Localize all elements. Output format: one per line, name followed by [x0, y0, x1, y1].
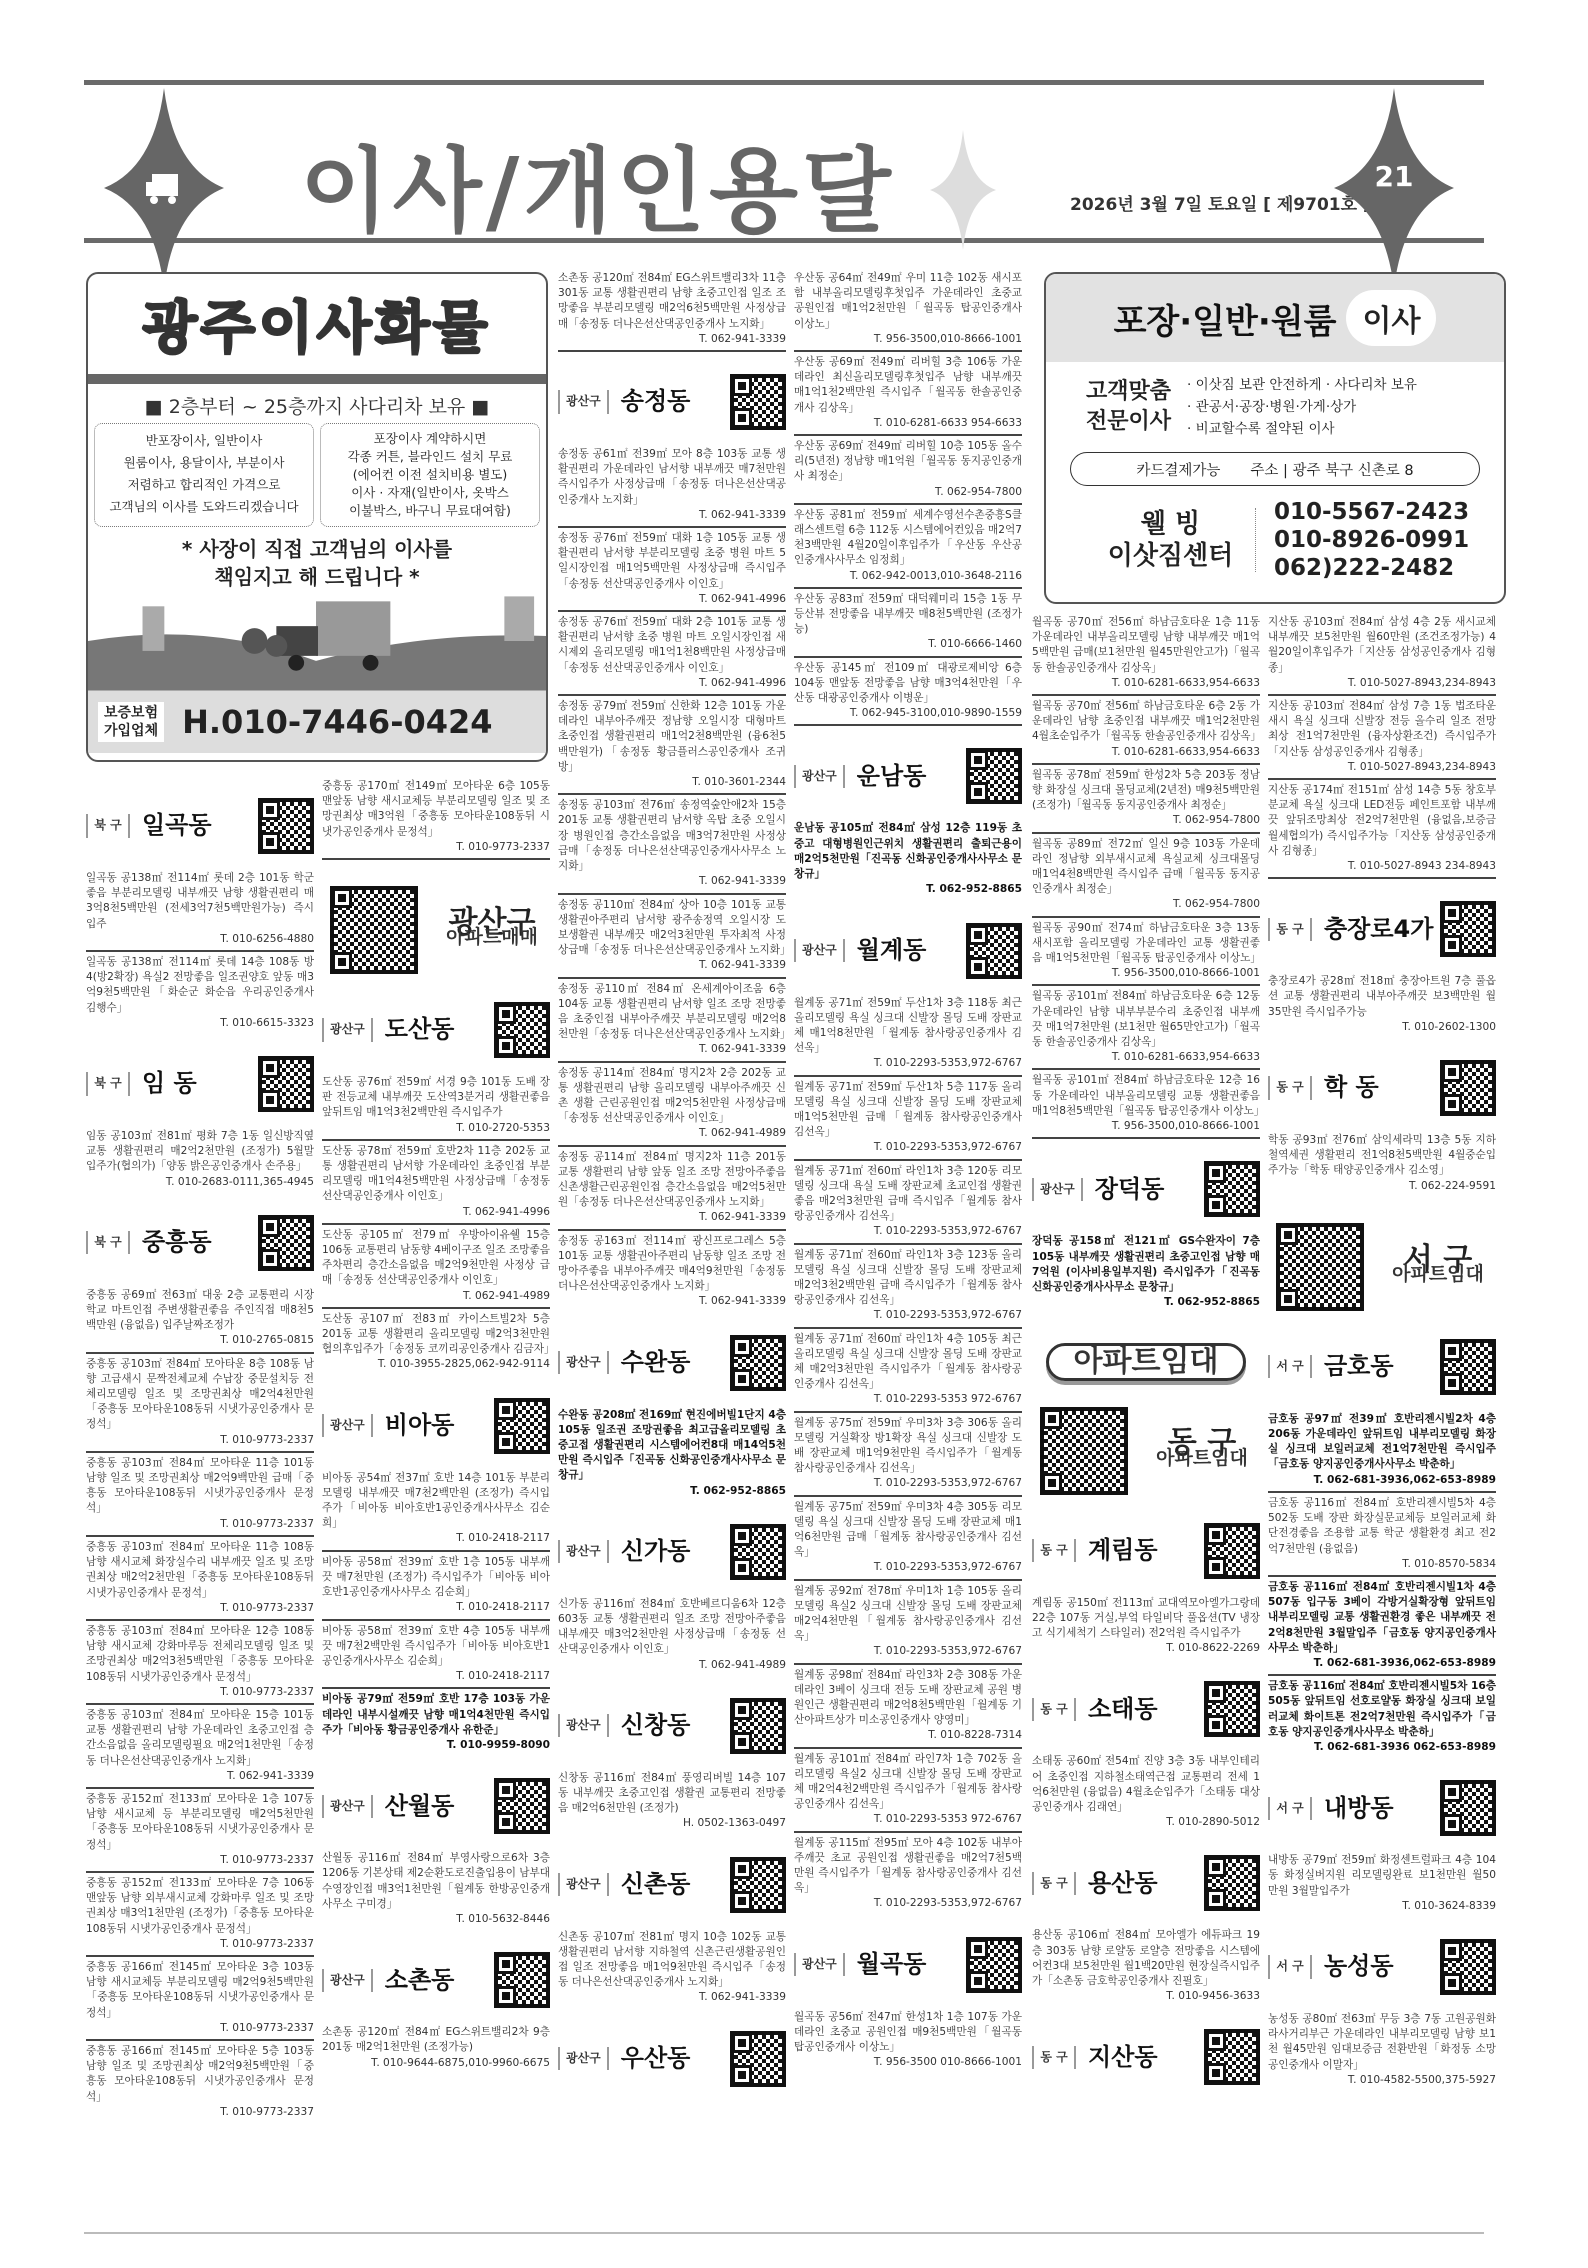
listing-text: 중흥동 공166㎡ 전145㎡ 모아타운 5층 103동 남향 일조 및 조망권…	[86, 2045, 314, 2103]
listing-text: 일곡동 공138㎡ 전114㎡ 롯데 2층 101동 학군좋음 부분리모델링 내…	[86, 872, 314, 930]
neighborhood-name: 소촌동	[385, 1973, 494, 1988]
listing-phone[interactable]: T. 010-6281-6633 954-6633	[794, 416, 1022, 431]
listing-text: 중흥동 공152㎡ 전133㎡ 모아타운 1층 107동 남향 새시교체 등 부…	[86, 1793, 314, 1851]
listing-phone[interactable]: T. 010-2720-5353	[322, 1121, 550, 1136]
listing-phone[interactable]: T. 062-941-4996	[558, 676, 786, 691]
listing-phone[interactable]: T. 010-9773-2337	[86, 1517, 314, 1532]
column-2: 중흥동 공170㎡ 전149㎡ 모아타운 6층 105동 맨앞동 남향 새시교체…	[322, 776, 550, 2074]
listing-phone[interactable]: T. 062-954-7800	[1032, 897, 1260, 912]
listing-phone[interactable]: T. 010-2293-5353,972-6767	[794, 1476, 1022, 1491]
listing-phone[interactable]: T. 010-9773-2337	[86, 1685, 314, 1700]
listing-text: 계림동 공150㎡ 전113㎡ 교대역모아엘가그랑데 22층 107동 거실,부…	[1032, 1597, 1260, 1639]
listing-text: 월계동 공71㎡ 전59㎡ 두산1차 5층 117동 올리모델링 욕실 싱크대 …	[794, 1081, 1022, 1139]
listing-phone[interactable]: T. 010-2293-5353,972-6767	[794, 1140, 1022, 1155]
neighborhood-name: 농성동	[1324, 1959, 1440, 1974]
category-type: 아파트임대	[1144, 1451, 1260, 1466]
qr-code-icon[interactable]	[966, 1937, 1022, 1993]
qr-code-icon[interactable]	[730, 1857, 786, 1913]
listing-text: 우산동 공83㎡ 전59㎡ 대덕웨미리 15층 1동 무등산뷰 전망좋음 내부깨…	[794, 593, 1022, 635]
listing-phone[interactable]: T. 062-941-3339	[558, 1210, 786, 1225]
qr-code-icon[interactable]	[494, 1952, 550, 2008]
listing-entry: 우산동 공69㎡ 전49㎡ 리버힐 10층 105동 올수리(5년전) 정남향 …	[794, 436, 1022, 505]
listing-entry: 송정동 공61㎡ 전39㎡ 모아 8층 103동 교통 생활권편리 가운데라인 …	[558, 444, 786, 528]
qr-code-icon[interactable]	[730, 1698, 786, 1754]
neighborhood-name: 신촌동	[621, 1877, 730, 1892]
ad1-left-box: 반포장이사, 일반이사원룸이사, 용달이사, 부분이사저렴하고 합리적인 가격으…	[94, 423, 314, 527]
listing-entry: 도산동 공107㎡ 전83㎡ 카이스트빌2차 5층 201동 교통 생활편리 올…	[322, 1309, 550, 1376]
listing-entry: 중흥동 공152㎡ 전133㎡ 모아타운 7층 106동 맨앞동 남향 외부새시…	[86, 1873, 314, 1957]
district-header: 북 구중흥동	[86, 1207, 314, 1279]
listing-text: 산월동 공116㎡ 전84㎡ 부영사랑으로6차 3층 1206동 기본상태 제2…	[322, 1852, 550, 1910]
listing-entry: 소태동 공60㎡ 전54㎡ 진양 3층 3동 내부인테리어 초중인접 지하철소태…	[1032, 1751, 1260, 1833]
qr-code-icon[interactable]	[258, 798, 314, 854]
listing-phone[interactable]: T. 010-2293-5353 972-6767	[794, 1392, 1022, 1407]
ad1-slogan: * 사장이 직접 고객님의 이사를책임지고 해 드립니다 *	[88, 535, 546, 591]
listing-text: 중흥동 공103㎡ 전84㎡ 모아타운 15층 101동 교통 생활권편리 남향…	[86, 1709, 314, 1767]
category-title: 동 구아파트임대	[1144, 1435, 1260, 1465]
district-section: 광산구월계동월계동 공71㎡ 전59㎡ 두산1차 3층 118동 최근 올리모델…	[794, 915, 1022, 1915]
listing-phone[interactable]: T. 010-2418-2117	[322, 1531, 550, 1546]
listing-phone[interactable]: T. 010-9773-2337	[322, 840, 550, 855]
neighborhood-name: 산월동	[385, 1799, 494, 1814]
district-section: 광산구우산동	[558, 2023, 786, 2095]
listing-phone[interactable]: T. 010-8622-2269	[1032, 1641, 1260, 1656]
listing-entry: 월곡동 공70㎡ 전56㎡ 하남금호타운 1층 11동 가운데라인 내부올리모델…	[1032, 612, 1260, 696]
listing-phone[interactable]: T. 062-941-3339	[558, 958, 786, 973]
neighborhood-name: 용산동	[1088, 1876, 1204, 1891]
listing-entry: 지산동 공103㎡ 전84㎡ 삼성 4층 2동 새시교체 내부깨끗 보5천만원 …	[1268, 612, 1496, 696]
listing-entry: 신촌동 공107㎡ 전81㎡ 명지 10층 102동 교통 생활권편리 남서향 …	[558, 1927, 786, 2009]
listing-text: 월곡동 공56㎡ 전47㎡ 한성1차 1층 107동 가운데라인 초중교 공원인…	[794, 2011, 1022, 2053]
listing-phone[interactable]: T. 062-681-3936 062-653-8989	[1268, 1740, 1496, 1755]
listing-phone[interactable]: T. 010-6615-3323	[86, 1016, 314, 1031]
ad1-phone[interactable]: H.010-7446-0424	[182, 703, 492, 741]
listing-entry: 도산동 공76㎡ 전59㎡ 서경 9층 101동 도배 장판 전등교체 내부깨끗…	[322, 1072, 550, 1141]
listing-entry: 송정동 공110㎡ 전84㎡ 상아 10층 101동 교통 생활권아주편리 남서…	[558, 895, 786, 979]
qr-code-icon[interactable]	[1276, 1223, 1364, 1311]
listing-entry: 월계동 공115㎡ 전95㎡ 모아 4층 102동 내부아주깨끗 초교 공원인접…	[794, 1833, 1022, 1915]
listing-phone[interactable]: H. 0502-1363-0497	[558, 1816, 786, 1831]
listing-entry: 중흥동 공103㎡ 전84㎡ 모아타운 8층 108동 남향 고급새시 문짝전체…	[86, 1354, 314, 1453]
listing-entry: 송정동 공114㎡ 전84㎡ 명지2차 2층 202동 교통 생활권편리 남향 …	[558, 1063, 786, 1147]
listing-phone[interactable]: T. 010-6281-6633,954-6633	[1032, 1050, 1260, 1065]
listing-entry: 중흥동 공170㎡ 전149㎡ 모아타운 6층 105동 맨앞동 남향 새시교체…	[322, 776, 550, 860]
listing-text: 금호동 공97㎡ 전39㎡ 호반리젠시빌2차 4층 206동 가운데라인 앞뒤트…	[1268, 1413, 1496, 1471]
listing-entry: 소촌동 공120㎡ 전84㎡ EG스위트밸리3차 11층 301동 교통 생활권…	[558, 268, 786, 352]
listing-phone[interactable]: T. 010-3955-2825,062-942-9114	[322, 1357, 550, 1372]
listing-phone[interactable]: T. 010-3601-2344	[558, 775, 786, 790]
listing-text: 월곡동 공90㎡ 전74㎡ 하남금호타운 3층 13동 새시포함 올리모델링 가…	[1032, 922, 1261, 964]
listing-text: 중흥동 공103㎡ 전84㎡ 모아타운 12층 108동 남향 새시교체 강화마…	[86, 1625, 314, 1683]
listing-text: 비아동 공58㎡ 전39㎡ 호반 1층 105동 내부깨끗 매7천만원 (조정가…	[322, 1556, 550, 1598]
listing-phone[interactable]: T. 010-9773-2337	[86, 1601, 314, 1616]
listing-text: 소촌동 공120㎡ 전84㎡ EG스위트밸리2차 9층 201동 매2억1천만원…	[322, 2026, 550, 2053]
qr-code-icon[interactable]	[1204, 1855, 1260, 1911]
district-badge: 동 구	[1032, 1698, 1076, 1721]
listing-phone[interactable]: T. 062-941-3339	[558, 874, 786, 889]
listing-phone[interactable]: T. 010-9773-2337	[86, 1433, 314, 1448]
qr-code-icon[interactable]	[1204, 1161, 1260, 1217]
listing-text: 임동 공103㎡ 전81㎡ 평화 7층 1동 일신방직옆 교통 생활권편리 매2…	[86, 1130, 314, 1172]
listing-entry: 일곡동 공138㎡ 전114㎡ 롯데 2층 101동 학군좋음 부분리모델링 내…	[86, 868, 314, 952]
qr-code-icon[interactable]	[730, 1335, 786, 1391]
district-header: 동 구용산동	[1032, 1847, 1260, 1919]
listing-entry: 중흥동 공103㎡ 전84㎡ 모아타운 11층 108동 남향 새시교체 화장실…	[86, 1537, 314, 1621]
district-header: 광산구장덕동	[1032, 1153, 1260, 1225]
listing-text: 중흥동 공69㎡ 전63㎡ 대웅 2층 교통편리 시장 학교 마트인접 주변생활…	[86, 1289, 314, 1331]
qr-code-icon[interactable]	[330, 886, 418, 974]
listing-entry: 월곡동 공78㎡ 전59㎡ 한성2차 5층 203동 정남향 화장실 싱크대 몰…	[1032, 765, 1260, 834]
page-number: 21	[1374, 160, 1414, 193]
listing-text: 월곡동 공89㎡ 전72㎡ 일신 9층 103동 가운데라인 정남향 외부새시교…	[1032, 838, 1260, 896]
listing-entry: 용산동 공106㎡ 전84㎡ 모아엘가 에듀파크 19층 303동 남향 로얄동…	[1032, 1925, 1260, 2007]
district-header: 서 구금호동	[1268, 1331, 1496, 1403]
qr-code-icon[interactable]	[1440, 901, 1496, 957]
qr-code-icon[interactable]	[1040, 1407, 1128, 1495]
listing-phone[interactable]: T. 062-941-3339	[86, 1769, 314, 1784]
listing-text: 송정동 공110㎡ 전84㎡ 상아 10층 101동 교통 생활권아주편리 남서…	[558, 899, 791, 957]
listing-text: 용산동 공106㎡ 전84㎡ 모아엘가 에듀파크 19층 303동 남향 로얄동…	[1032, 1929, 1260, 1987]
listing-phone[interactable]: T. 062-954-7800	[794, 485, 1022, 500]
listing-text: 수완동 공208㎡ 전169㎡ 현진에버빌1단지 4층 105동 일조권 조망권…	[558, 1409, 786, 1482]
listing-text: 송정동 공61㎡ 전39㎡ 모아 8층 103동 교통 생활권편리 가운데라인 …	[558, 448, 786, 506]
neighborhood-name: 금호동	[1324, 1359, 1440, 1374]
neighborhood-name: 비아동	[385, 1418, 494, 1433]
listing-entry: 월계동 공92㎡ 전78㎡ 우미1차 1층 105동 올리모델링 욕실2 싱크대…	[794, 1581, 1022, 1665]
listing-text: 송정동 공76㎡ 전59㎡ 대화 1층 105동 교통 생활권편리 남서향 부분…	[558, 532, 786, 590]
listing-text: 우산동 공81㎡ 전59㎡ 세계수영선수촌중흥S클래스센트럴 6층 112동 시…	[794, 509, 1022, 567]
listing-entry: 계림동 공150㎡ 전113㎡ 교대역모아엘가그랑데 22층 107동 거실,부…	[1032, 1593, 1260, 1660]
listing-phone[interactable]: T. 010-2293-5353,972-6767	[794, 1560, 1022, 1575]
listing-text: 장덕동 공158㎡ 전121㎡ GS수완자이 7층 105동 내부깨끗 생활권편…	[1032, 1235, 1260, 1293]
listing-text: 일곡동 공138㎡ 전114㎡ 롯데 14층 108동 방4(방2확장) 욕실2…	[86, 956, 314, 1014]
listing-phone[interactable]: T. 010-2293-5353,972-6767	[794, 1896, 1022, 1911]
listing-phone[interactable]: T. 062-681-3936,062-653-8989	[1268, 1656, 1496, 1671]
listing-phone[interactable]: T. 010-2293-5353,972-6767	[794, 1224, 1022, 1239]
ad2-address-pill: 카드결제가능주소 | 광주 북구 신촌로 8	[1070, 452, 1480, 486]
listing-entry: 월계동 공71㎡ 전60㎡ 라인1차 4층 105동 최근 올리모델링 욕실 싱…	[794, 1329, 1022, 1413]
listing-text: 월계동 공101㎡ 전84㎡ 라인7차 1층 702동 올리모델링 욕실2 싱크…	[794, 1753, 1022, 1811]
listing-phone[interactable]: T. 062-941-4989	[558, 1126, 786, 1141]
listing-phone[interactable]: T. 062-681-3936,062-653-8989	[1268, 1473, 1496, 1488]
qr-code-icon[interactable]	[730, 374, 786, 430]
listing-phone[interactable]: T. 062-941-3339	[558, 1042, 786, 1057]
listing-entry: 월곡동 공90㎡ 전74㎡ 하남금호타운 3층 13동 새시포함 올리모델링 가…	[1032, 918, 1260, 987]
listing-phone[interactable]: T. 062-941-4996	[558, 592, 786, 607]
listing-phone[interactable]: T. 062-952-8865	[794, 882, 1022, 897]
district-badge: 광산구	[322, 1414, 373, 1437]
listing-phone[interactable]: T. 956-3500,010-8666-1001	[1032, 966, 1260, 981]
listing-phone[interactable]: T. 010-2418-2117	[322, 1669, 550, 1684]
listing-entry: 송정동 공79㎡ 전59㎡ 신한화 12층 101동 가운데라인 내부아주깨끗 …	[558, 696, 786, 795]
listing-phone[interactable]: T. 062-941-3339	[558, 1990, 786, 2005]
listing-entry: 지산동 공103㎡ 전84㎡ 삼성 7층 1동 법조타운 새시 욕실 싱크대 신…	[1268, 696, 1496, 780]
listing-phone[interactable]: T. 062-224-9591	[1268, 1179, 1496, 1194]
listing-phone[interactable]: T. 062-941-4989	[558, 1658, 786, 1673]
listing-entry: 신가동 공116㎡ 전84㎡ 호반베르디움6차 12층 603동 교통 생활권편…	[558, 1594, 786, 1676]
listing-phone[interactable]: T. 062-954-7800	[1032, 813, 1260, 828]
listing-text: 내방동 공79㎡ 전59㎡ 화정센트럴파크 4층 104동 화정실버지원 리모델…	[1268, 1854, 1496, 1896]
listing-phone[interactable]: T. 010-2890-5012	[1032, 1815, 1260, 1830]
listing-text: 우산동 공145㎡ 전109㎡ 대광로제비앙 6층 104동 맨앞동 전망좋음 …	[794, 662, 1022, 704]
listing-entry: 중흥동 공166㎡ 전145㎡ 모아타운 5층 103동 남향 일조 및 조망권…	[86, 2041, 314, 2123]
district-header: 광산구운남동	[794, 740, 1022, 812]
district-section: 북 구임 동임동 공103㎡ 전81㎡ 평화 7층 1동 일신방직옆 교통 생활…	[86, 1048, 314, 1193]
listing-text: 송정동 공163㎡ 전114㎡ 광신프로그레스 5층 101동 교통 생활권아주…	[558, 1235, 786, 1293]
ad2-left: 고객맞춤전문이사	[1086, 377, 1171, 437]
qr-code-icon[interactable]	[258, 1056, 314, 1112]
listing-phone[interactable]: T. 010-9959-8090	[322, 1738, 550, 1753]
listing-phone[interactable]: T. 062-952-8865	[558, 1484, 786, 1499]
listing-entry: 금호동 공97㎡ 전39㎡ 호반리젠시빌2차 4층 206동 가운데라인 앞뒤트…	[1268, 1409, 1496, 1493]
listing-text: 월계동 공75㎡ 전59㎡ 우미3차 3층 306동 올리모델링 거실확장 방1…	[794, 1417, 1022, 1475]
district-section: 광산구수완동수완동 공208㎡ 전169㎡ 현진에버빌1단지 4층 105동 일…	[558, 1327, 786, 1502]
listing-entry: 송정동 공103㎡ 전76㎡ 송정역숲안애2차 15층 201동 교통 생활권편…	[558, 795, 786, 894]
listing-phone[interactable]: T. 010-2418-2117	[322, 1600, 550, 1615]
listing-phone[interactable]: T. 956-3500,010-8666-1001	[1032, 1119, 1260, 1134]
listing-entry: 월계동 공71㎡ 전60㎡ 라인1차 3층 123동 올리모델링 욕실 싱크대 …	[794, 1245, 1022, 1329]
listing-phone[interactable]: T. 062-952-8865	[1032, 1295, 1260, 1310]
category-title: 광산구아파트매매	[434, 915, 550, 945]
listing-entry: 금호동 공116㎡ 전84㎡ 호반리젠시빌5차 16층 505동 앞뒤트임 선호…	[1268, 1676, 1496, 1758]
listing-text: 송정동 공114㎡ 전84㎡ 명지2차 2층 202동 교통 생활권편리 남향 …	[558, 1067, 786, 1125]
qr-code-icon[interactable]	[494, 1778, 550, 1834]
category-type: 아파트매매	[434, 930, 550, 945]
listing-phone[interactable]: T. 010-5632-8446	[322, 1912, 550, 1927]
district-section: 북 구일곡동일곡동 공138㎡ 전114㎡ 롯데 2층 101동 학군좋음 부분…	[86, 790, 314, 1034]
listing-phone[interactable]: T. 062-942-0013,010-3648-2116	[794, 569, 1022, 584]
column-1: 북 구일곡동일곡동 공138㎡ 전114㎡ 롯데 2층 101동 학군좋음 부분…	[86, 776, 314, 2123]
listing-text: 금호동 공116㎡ 전84㎡ 호반리젠시빌5차 4층 502동 도배 장판 화장…	[1268, 1497, 1496, 1555]
listing-phone[interactable]: T. 010-2293-5353,972-6767	[794, 1644, 1022, 1659]
listing-phone[interactable]: T. 956-3500,010-8666-1001	[794, 332, 1022, 347]
listing-text: 송정동 공76㎡ 전59㎡ 대화 2층 101동 교통 생활권편리 남서향 초중…	[558, 616, 786, 674]
district-badge: 광산구	[558, 1873, 609, 1896]
listing-phone[interactable]: T. 010-9773-2337	[86, 1937, 314, 1952]
listing-text: 월곡동 공70㎡ 전56㎡ 하남금호타운 1층 11동 가운데라인 내부올리모델…	[1032, 616, 1260, 674]
listing-entry: 농성동 공80㎡ 전63㎡ 무등 3층 7동 고원공원화라사거리부근 가운데라인…	[1268, 2009, 1496, 2091]
listing-text: 월계동 공98㎡ 전84㎡ 라인3차 2층 308동 가운데라인 3베이 싱크대…	[794, 1669, 1022, 1727]
listing-phone[interactable]: T. 062-941-4989	[322, 1289, 550, 1304]
listing-entry: 송정동 공76㎡ 전59㎡ 대화 1층 105동 교통 생활권편리 남서향 부분…	[558, 528, 786, 612]
listing-phone[interactable]: T. 010-9773-2337	[86, 1853, 314, 1868]
listing-text: 월계동 공75㎡ 전59㎡ 우미3차 4층 305동 리모델링 욕실 싱크대 신…	[794, 1501, 1022, 1559]
listing-phone[interactable]: T. 062-941-3339	[558, 508, 786, 523]
category-title: 서 구아파트임대	[1380, 1252, 1496, 1282]
district-section: 북 구중흥동중흥동 공69㎡ 전63㎡ 대웅 2층 교통편리 시장 학교 마트인…	[86, 1207, 314, 2123]
district-badge: 동 구	[1268, 918, 1312, 941]
qr-code-icon[interactable]	[1204, 1681, 1260, 1737]
district-section: 서 구농성동농성동 공80㎡ 전63㎡ 무등 3층 7동 고원공원화라사거리부근…	[1268, 1931, 1496, 2091]
district-badge: 광산구	[794, 1953, 845, 1976]
qr-code-icon[interactable]	[966, 923, 1022, 979]
listing-entry: 월곡동 공101㎡ 전84㎡ 하남금호타운 6층 12동 가운데라인 남향 내부…	[1032, 986, 1260, 1070]
qr-code-icon[interactable]	[1204, 1523, 1260, 1579]
listing-text: 월계동 공92㎡ 전78㎡ 우미1차 1층 105동 올리모델링 욕실2 싱크대…	[794, 1585, 1022, 1643]
listing-phone[interactable]: T. 010-6281-6633,954-6633	[1032, 676, 1260, 691]
listing-text: 금호동 공116㎡ 전84㎡ 호반리젠시빌5차 16층 505동 앞뒤트임 선호…	[1268, 1680, 1496, 1738]
qr-code-icon[interactable]	[1440, 1780, 1496, 1836]
listing-entry: 우산동 공69㎡ 전49㎡ 리버힐 3층 106동 가운데라인 최신올리모델링후…	[794, 352, 1022, 436]
listing-text: 충장로4가 공28㎡ 전18㎡ 충장아트원 7층 풀옵션 교통 생활권편리 내부…	[1268, 975, 1496, 1017]
listing-entry: 월곡동 공70㎡ 전56㎡ 하남금호타운 6층 2동 가운데라인 남향 초중인접…	[1032, 696, 1260, 765]
column-6: 지산동 공103㎡ 전84㎡ 삼성 4층 2동 새시교체 내부깨끗 보5천만원 …	[1268, 612, 1496, 2091]
listing-phone[interactable]: T. 010-8570-5834	[1268, 1557, 1496, 1572]
neighborhood-name: 수완동	[621, 1355, 730, 1370]
district-badge: 북 구	[86, 1231, 130, 1254]
district-header: 광산구수완동	[558, 1327, 786, 1399]
listing-text: 송정동 공110㎡ 전84㎡ 온세계아이조움 6층 104동 교통 생활권편리 …	[558, 983, 791, 1041]
qr-code-icon[interactable]	[1440, 1060, 1496, 1116]
listing-phone[interactable]: T. 010-6666-1460	[794, 637, 1022, 652]
listing-phone[interactable]: T. 010-2602-1300	[1268, 1020, 1496, 1035]
neighborhood-name: 신창동	[621, 1718, 730, 1733]
district-header: 광산구송정동	[558, 366, 786, 438]
listing-phone[interactable]: T. 010-2293-5353,972-6767	[794, 1308, 1022, 1323]
listing-text: 지산동 공103㎡ 전84㎡ 삼성 7층 1동 법조타운 새시 욕실 싱크대 신…	[1268, 700, 1496, 758]
ad-wellbeing-moving: 포장·일반·원룸 이사 고객맞춤전문이사 · 이삿짐 보관 안전하게 · 사다리…	[1044, 272, 1506, 604]
district-header: 동 구지산동	[1032, 2021, 1260, 2093]
qr-code-icon[interactable]	[494, 1002, 550, 1058]
qr-code-icon[interactable]	[1204, 2029, 1260, 2085]
listing-text: 비아동 공58㎡ 전39㎡ 호반 4층 105동 내부깨끗 매7천2백만원 즉시…	[322, 1625, 550, 1667]
district-header: 동 구소태동	[1032, 1673, 1260, 1745]
ad2-pill: 이사	[1346, 290, 1436, 346]
neighborhood-name: 학 동	[1324, 1080, 1440, 1095]
district-section: 광산구신창동신창동 공116㎡ 전84㎡ 풍영리버빌 14층 107동 내부깨끗…	[558, 1690, 786, 1835]
listing-phone[interactable]: T. 062-941-3339	[558, 332, 786, 347]
listing-text: 월계동 공71㎡ 전60㎡ 라인1차 3층 120동 리모델링 싱크대 욕실 도…	[794, 1165, 1022, 1223]
listing-text: 도산동 공107㎡ 전83㎡ 카이스트빌2차 5층 201동 교통 생활편리 올…	[322, 1313, 555, 1355]
listing-phone[interactable]: T. 010-9644-6875,010-9960-6675	[322, 2056, 550, 2071]
qr-code-icon[interactable]	[730, 1524, 786, 1580]
listing-phone[interactable]: T. 062-941-4996	[322, 1205, 550, 1220]
listing-phone[interactable]: T. 010-3624-8339	[1268, 1899, 1496, 1914]
qr-code-icon[interactable]	[1440, 1339, 1496, 1395]
listing-text: 비아동 공79㎡ 전59㎡ 호반 17층 103동 가운데라인 내부시설깨끗 남…	[322, 1693, 550, 1735]
district-badge: 서 구	[1268, 1797, 1312, 1820]
neighborhood-name: 월계동	[857, 943, 966, 958]
listing-entry: 금호동 공116㎡ 전84㎡ 호반리젠시빌1차 4층 507동 입구동 3베이 …	[1268, 1577, 1496, 1676]
district-badge: 동 구	[1032, 1539, 1076, 1562]
category-header: 광산구아파트매매	[322, 880, 550, 980]
qr-code-icon[interactable]	[258, 1215, 314, 1271]
listing-entry: 비아동 공58㎡ 전39㎡ 호반 1층 105동 내부깨끗 매7천만원 (조정가…	[322, 1552, 550, 1621]
truck-star-icon	[104, 88, 224, 288]
district-badge: 광산구	[794, 765, 845, 788]
district-header: 광산구신창동	[558, 1690, 786, 1762]
district-badge: 동 구	[1032, 1872, 1076, 1895]
district-badge: 북 구	[86, 814, 130, 837]
category-type: 아파트임대	[1380, 1267, 1496, 1282]
listing-entry: 월곡동 공89㎡ 전72㎡ 일신 9층 103동 가운데라인 정남향 외부새시교…	[1032, 834, 1260, 918]
category-header: 동 구아파트임대	[1032, 1401, 1260, 1501]
listing-entry: 월계동 공101㎡ 전84㎡ 라인7차 1층 702동 올리모델링 욕실2 싱크…	[794, 1749, 1022, 1833]
category-header: 서 구아파트임대	[1268, 1217, 1496, 1317]
neighborhood-name: 송정동	[621, 394, 730, 409]
listing-entry: 내방동 공79㎡ 전59㎡ 화정센트럴파크 4층 104동 화정실버지원 리모델…	[1268, 1850, 1496, 1917]
listing-phone[interactable]: T. 010-5027-8943 234-8943	[1268, 859, 1496, 874]
district-header: 동 구충장로4가	[1268, 893, 1496, 965]
listing-phone[interactable]: T. 010-2293-5353 972-6767	[794, 1812, 1022, 1827]
district-section: 광산구월곡동월곡동 공56㎡ 전47㎡ 한성1차 1층 107동 가운데라인 초…	[794, 1929, 1022, 2074]
moving-truck-illustration	[88, 591, 546, 691]
listing-phone[interactable]: T. 956-3500 010-8666-1001	[794, 2055, 1022, 2070]
neighborhood-name: 임 동	[142, 1076, 258, 1091]
neighborhood-name: 지산동	[1088, 2050, 1204, 2065]
district-section: 동 구충장로4가충장로4가 공28㎡ 전18㎡ 충장아트원 7층 풀옵션 교통 …	[1268, 893, 1496, 1038]
listing-text: 우산동 공69㎡ 전49㎡ 리버힐 3층 106동 가운데라인 최신올리모델링후…	[794, 356, 1022, 414]
ad1-name: 광주이사화물	[88, 274, 546, 374]
listing-phone[interactable]: T. 010-6256-4880	[86, 932, 314, 947]
district-badge: 광산구	[322, 1969, 373, 1992]
listing-phone[interactable]: T. 010-6281-6633,954-6633	[1032, 745, 1260, 760]
district-header: 동 구학 동	[1268, 1052, 1496, 1124]
listing-text: 금호동 공116㎡ 전84㎡ 호반리젠시빌1차 4층 507동 입구동 3베이 …	[1268, 1581, 1496, 1654]
listing-entry: 월곡동 공101㎡ 전84㎡ 하남금호타운 12층 16동 가운데라인 내부올리…	[1032, 1070, 1260, 1139]
listing-text: 소태동 공60㎡ 전54㎡ 진양 3층 3동 내부인테리어 초중인접 지하철소태…	[1032, 1755, 1260, 1813]
page-title: 이사/개인용달	[300, 118, 895, 250]
listing-phone[interactable]: T. 010-5027-8943,234-8943	[1268, 760, 1496, 775]
listing-phone[interactable]: T. 010-4582-5500,375-5927	[1268, 2073, 1496, 2088]
district-header: 광산구신촌동	[558, 1849, 786, 1921]
district-header: 서 구농성동	[1268, 1931, 1496, 2003]
listing-entry: 운남동 공105㎡ 전84㎡ 삼성 12층 119동 초중고 대형병원인근위치 …	[794, 818, 1022, 900]
qr-code-icon[interactable]	[966, 748, 1022, 804]
listing-phone[interactable]: T. 010-9773-2337	[86, 2105, 314, 2120]
district-section: 동 구용산동용산동 공106㎡ 전84㎡ 모아엘가 에듀파크 19층 303동 …	[1032, 1847, 1260, 2007]
district-header: 광산구월곡동	[794, 1929, 1022, 2001]
header-top-rule	[84, 80, 1484, 85]
listing-phone[interactable]: T. 010-5027-8943,234-8943	[1268, 676, 1496, 691]
listing-entry: 우산동 공83㎡ 전59㎡ 대덕웨미리 15층 1동 무등산뷰 전망좋음 내부깨…	[794, 589, 1022, 658]
ad1-right-box: 포장이사 계약하시면각종 커튼, 블라인드 설치 무료(에어컨 이전 설치비용 …	[320, 423, 540, 527]
listing-phone[interactable]: T. 010-2683-0111,365-4945	[86, 1175, 314, 1190]
listing-phone[interactable]: T. 010-8228-7314	[794, 1728, 1022, 1743]
listing-entry: 중흥동 공166㎡ 전145㎡ 모아타운 3층 103동 남향 새시교체등 부분…	[86, 1957, 314, 2041]
ad2-brand: 웰 빙이삿짐센터	[1086, 508, 1256, 572]
listing-phone[interactable]: T. 010-9773-2337	[86, 2021, 314, 2036]
footer-rule	[84, 2232, 1484, 2234]
qr-code-icon[interactable]	[730, 2031, 786, 2087]
neighborhood-name: 월곡동	[857, 1957, 966, 1972]
listing-text: 우산동 공69㎡ 전49㎡ 리버힐 10층 105동 올수리(5년전) 정남향 …	[794, 440, 1022, 482]
listing-text: 월계동 공71㎡ 전60㎡ 라인1차 3층 123동 올리모델링 욕실 싱크대 …	[794, 1249, 1022, 1307]
qr-code-icon[interactable]	[494, 1398, 550, 1454]
listing-phone[interactable]: T. 062-941-3339	[558, 1294, 786, 1309]
district-header: 북 구임 동	[86, 1048, 314, 1120]
listing-text: 월곡동 공78㎡ 전59㎡ 한성2차 5층 203동 정남향 화장실 싱크대 몰…	[1032, 769, 1260, 811]
listing-phone[interactable]: T. 010-9456-3633	[1032, 1989, 1260, 2004]
neighborhood-name: 일곡동	[142, 818, 258, 833]
listing-phone[interactable]: T. 010-2293-5353,972-6767	[794, 1056, 1022, 1071]
district-header: 광산구신가동	[558, 1516, 786, 1588]
listing-phone[interactable]: T. 062-945-3100,010-9890-1559	[794, 706, 1022, 721]
listing-text: 월곡동 공101㎡ 전84㎡ 하남금호타운 12층 16동 가운데라인 내부올리…	[1032, 1074, 1264, 1116]
listing-text: 중흥동 공103㎡ 전84㎡ 모아타운 11층 108동 남향 새시교체 화장실…	[86, 1541, 314, 1599]
district-badge: 동 구	[1032, 2046, 1076, 2069]
listing-phone[interactable]: T. 010-2765-0815	[86, 1333, 314, 1348]
neighborhood-name: 도산동	[385, 1022, 494, 1037]
listing-entry: 도산동 공105㎡ 전79㎡ 우방아이유쉘 15층 106동 교통편리 남동향 …	[322, 1225, 550, 1309]
listing-entry: 송정동 공163㎡ 전114㎡ 광신프로그레스 5층 101동 교통 생활권아주…	[558, 1231, 786, 1313]
listing-text: 송정동 공103㎡ 전76㎡ 송정역숲안애2차 15층 201동 교통 생활권편…	[558, 799, 786, 872]
qr-code-icon[interactable]	[1440, 1939, 1496, 1995]
district-badge: 광산구	[558, 2047, 609, 2070]
apartment-rent-banner: 아파트임대	[1046, 1343, 1246, 1380]
ad2-phones[interactable]: 010-5567-2423010-8926-0991062)222-2482	[1256, 498, 1469, 582]
district-section: 광산구소촌동소촌동 공120㎡ 전84㎡ EG스위트밸리2차 9층 201동 매…	[322, 1944, 550, 2074]
